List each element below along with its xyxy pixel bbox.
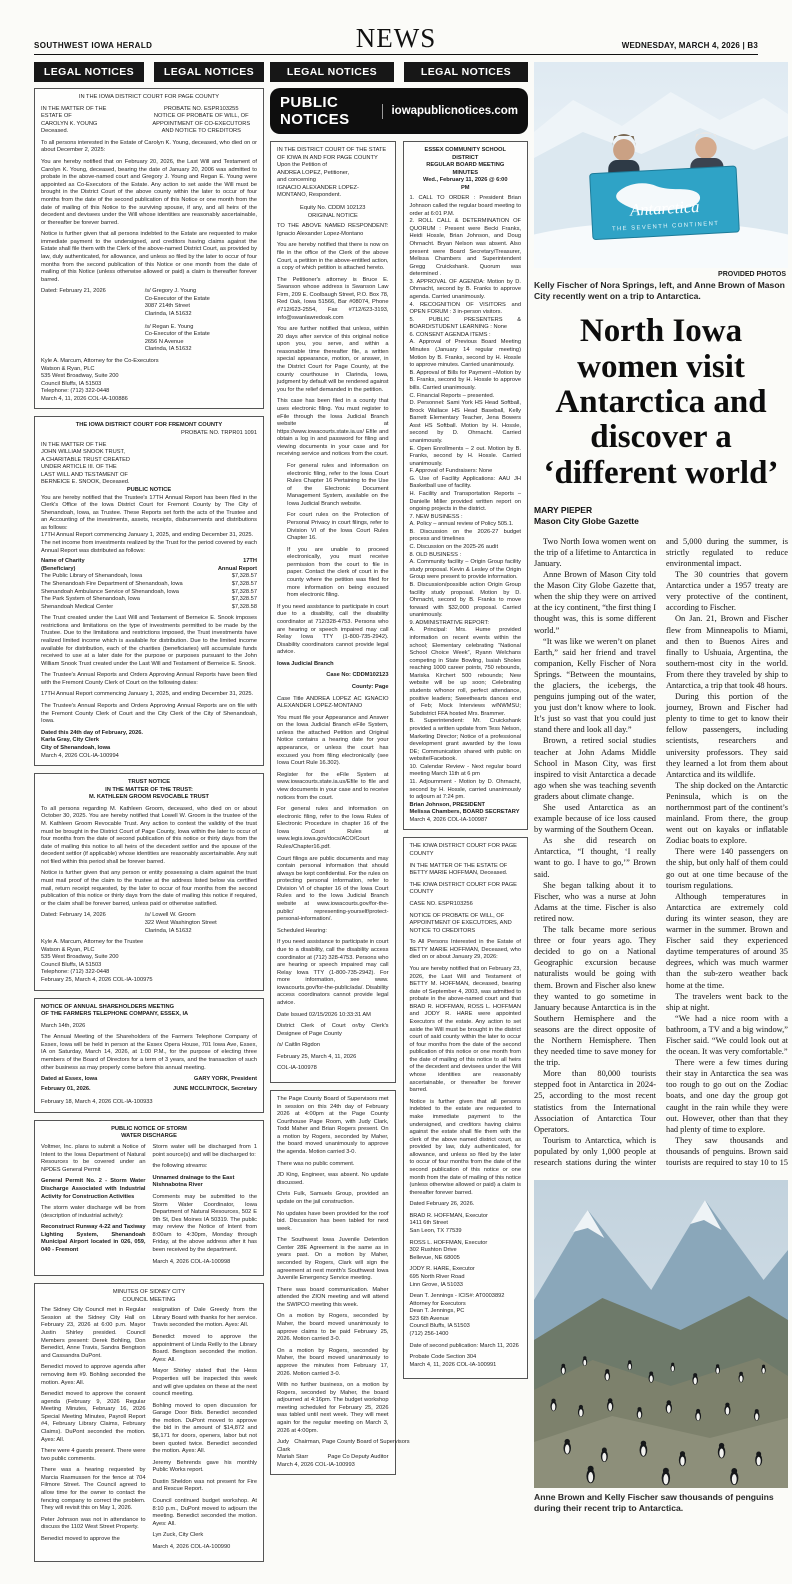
charity-amount: $7,328.58	[232, 604, 257, 612]
article-paragraph: The 30 countries that govern Antarctica …	[666, 569, 788, 613]
notice-body: THE IOWA DISTRICT COURT FOR PAGE COUNTYI…	[410, 843, 522, 1369]
minutes-item: G. Use of Facility Applications: AAU JH …	[410, 476, 522, 491]
notice-body: To all persons interested in the Estate …	[41, 140, 257, 284]
charity-row: The Park System of Shenandoah, Iowa$7,32…	[41, 596, 257, 604]
minutes-paragraph: There was board communication. Maher att…	[277, 1287, 389, 1310]
title-line: IN THE MATTER OF THE TRUST:	[41, 787, 257, 795]
article-paragraph: The travelers went back to the ship at n…	[666, 991, 788, 1013]
notice-body: TO THE ABOVE NAMED RESPONDENT: Ignacio A…	[277, 223, 389, 1073]
minutes-paragraph: March 4, 2026 COL-IA-100990	[153, 1544, 258, 1552]
notice-paragraph: The Annual Meeting of the Shareholders o…	[41, 1034, 257, 1072]
footer-line: Telephone: (712) 322-0448	[41, 969, 257, 977]
probate-line: APPOINTMENT OF CO-EXECUTORS	[145, 121, 257, 129]
notice-paragraph: You are hereby notified that there is no…	[277, 242, 389, 272]
minutes-paragraph: Chris Fulk, Samuels Group, provided an u…	[277, 1191, 389, 1206]
article-paragraph: There were a few times during their stay…	[666, 1057, 788, 1135]
notice-paragraph: Iowa Judicial Branch	[277, 661, 389, 669]
minutes-body: 1. CALL TO ORDER : President Brian Johns…	[410, 195, 522, 824]
photo-penguins	[534, 1180, 788, 1488]
charity-header-amount-1: 17TH	[243, 558, 257, 566]
header-line: IN THE DISTRICT COURT OF THE STATE OF IO…	[277, 147, 389, 162]
signer-block-1: /s/ Gregory J. YoungCo-Executor of the E…	[145, 288, 257, 318]
minutes-item: B. Discussion/possible action Origin Gro…	[410, 582, 522, 620]
notice-paragraph: Dean T. Jennings, PC	[410, 1308, 522, 1316]
matter-line: CAROLYN K. YOUNG	[41, 121, 137, 129]
notice-paragraph: If you are unable to proceed electronica…	[277, 547, 389, 600]
charity-amount: $7,328.57	[232, 573, 257, 581]
penguins-photo-illustration	[534, 1180, 788, 1488]
footer-line: 535 West Broadway, Suite 200	[41, 954, 257, 962]
notice-paragraph: Case No: CDDM102123	[277, 672, 389, 680]
notice-paragraph: Council Bluffs, IA 51503	[410, 1323, 522, 1331]
notice-paragraph: For court rules on the Protection of Per…	[277, 512, 389, 542]
notice-paragraph: Unnamed drainage to the East Nishnabotna…	[153, 1175, 258, 1190]
title-block: MINUTES OF SIDNEY CITYCOUNCIL MEETING	[41, 1289, 257, 1304]
notice-paragraph: Date of second publication: March 11, 20…	[410, 1343, 522, 1351]
article-paragraph: She began talking about it to Fischer, w…	[534, 880, 656, 924]
minutes-paragraph: Dustin Sheldon was not present for Fire …	[153, 1479, 258, 1494]
title-line: MINUTES OF SIDNEY CITY	[41, 1289, 257, 1297]
minutes-item: C. Discussion on the 2025-26 audit	[410, 544, 522, 552]
footer-line: Telephone: (712) 322-0448	[41, 388, 257, 396]
signer-line: /s/ Gregory J. Young	[145, 288, 257, 296]
article-paragraph: There were 140 passengers on the ship, b…	[666, 846, 788, 890]
matter-line: Deceased.	[41, 128, 137, 136]
notice-paragraph: 695 North River Road	[410, 1274, 522, 1282]
minutes-paragraph: There were 4 guests present. There were …	[41, 1448, 146, 1463]
notice-paragraph: Register for the eFile System at www.iow…	[277, 772, 389, 802]
notice-paragraph: Reconstruct Runway 4-22 and Taxiway Ligh…	[41, 1224, 146, 1254]
signer-line: Co-Executor of the Estate	[145, 331, 257, 339]
photo-credit: PROVIDED PHOTOS	[534, 271, 786, 278]
sig-left: Dated at Essex, Iowa	[41, 1076, 97, 1084]
page-columns: LEGAL NOTICES LEGAL NOTICES IN THE IOWA …	[0, 55, 792, 1569]
case-line: ORIGINAL NOTICE	[277, 213, 389, 221]
article-paragraph: As she did research on Antarctica, “I th…	[534, 835, 656, 879]
header-line: IGNACIO ALEXANDER LOPEZ-MONTANO, Respond…	[277, 185, 389, 200]
notice-paragraph: Court filings are public documents and m…	[277, 856, 389, 924]
sidney-col-1: The Sidney City Council met in Regular S…	[41, 1307, 146, 1547]
charity-row: Shenandoah Medical Center$7,328.58	[41, 604, 257, 612]
matter-line: LAST WILL AND TESTAMENT OF	[41, 472, 257, 480]
minutes-item: 5. PUBLIC PRESENTERS & BOARD/STUDENT LEA…	[410, 317, 522, 332]
minutes-paragraph: Jeremy Behrends gave his monthly Public …	[153, 1460, 258, 1475]
legal-column-left: LEGAL NOTICES LEGAL NOTICES IN THE IOWA …	[34, 62, 264, 1569]
date-page-number: WEDNESDAY, MARCH 4, 2026 | B3	[622, 41, 758, 50]
notice-paragraph: If you need assistance to participate in…	[277, 939, 389, 1007]
article-paragraph: Although temperatures in Antarctica are …	[666, 891, 788, 991]
matter-line: A CHARITABLE TRUST CREATED	[41, 457, 257, 465]
notice-paragraph: March 4, 2026 COL-IA-100998	[153, 1259, 258, 1267]
matter-line: IN THE MATTER OF THE	[41, 106, 137, 114]
notice-paragraph: The Trustee's Annual Reports and Orders …	[41, 703, 257, 726]
minutes-paragraph: No updates have been provided for the ro…	[277, 1211, 389, 1234]
signer-line: 322 West Washington Street	[145, 920, 257, 928]
dated-line: City of Shenandoah, Iowa	[41, 745, 257, 753]
minutes-item: D. Personnel: Sami York HS Head Softball…	[410, 400, 522, 445]
article-column: Antarctica THE SEVENTH CONTINENT PROVIDE…	[534, 62, 788, 1520]
notice-footer: February 18, March 4, 2026 COL-IA-100933	[41, 1099, 257, 1107]
notice-paragraph: Date Issued 02/15/2026 10:33:31 AM	[277, 1012, 389, 1020]
sig-left: Judy Clark	[277, 1439, 290, 1454]
byline-name: MARY PIEPER	[534, 505, 788, 516]
probate-block: PROBATE NO. ESPR103255NOTICE OF PROBATE …	[145, 106, 257, 136]
notice-paragraph: (712) 256-1400	[410, 1331, 522, 1339]
legal-notices-banner-3: LEGAL NOTICES	[270, 62, 394, 82]
minutes-paragraph: Benedict moved to approve agenda after r…	[41, 1364, 146, 1387]
notice-paragraph: District Clerk of Court or/by Clerk's De…	[277, 1023, 389, 1038]
article-paragraph: “We had a nice room with a bathroom, a T…	[666, 1013, 788, 1057]
minutes-item: 7. NEW BUSINESS :	[410, 514, 522, 522]
notice-paragraph: TO THE ABOVE NAMED RESPONDENT: Ignacio A…	[277, 223, 389, 238]
footer-line: Council Bluffs, IA 51503	[41, 962, 257, 970]
banner-divider	[382, 104, 383, 119]
dated-line: Dated this 24th day of February, 2026.	[41, 730, 257, 738]
notice-paragraph: Voltmer, Inc. plans to submit a Notice o…	[41, 1144, 146, 1174]
notice-paragraph: You are further notified that unless, wi…	[277, 326, 389, 394]
header-line: ANDREA LOPEZ, Petitioner,	[277, 170, 389, 178]
title-line: OF THE FARMERS TELEPHONE COMPANY, ESSEX,…	[41, 1011, 257, 1019]
charity-header-beneficiary: (Beneficiary)	[41, 566, 75, 574]
notice-lopez-original: IN THE DISTRICT COURT OF THE STATE OF IO…	[270, 141, 396, 1083]
title-line: REGULAR BOARD MEETING	[410, 162, 522, 170]
legal-notices-banner-4: LEGAL NOTICES	[404, 62, 528, 82]
notice-paragraph: 17TH Annual Report commencing January 1,…	[41, 691, 257, 699]
notice-paragraph: For general rules and information on ele…	[277, 806, 389, 851]
article-paragraph: The talk became more serious three or fo…	[534, 924, 656, 1068]
title-line: PM	[410, 185, 522, 193]
notice-paragraph: NOTICE OF PROBATE OF WILL, OF APPOINTMEN…	[410, 913, 522, 936]
notice-paragraph: February 25, March 4, 11, 2026	[277, 1054, 389, 1062]
minutes-paragraph: resignation of Dale Greedy from the Libr…	[153, 1307, 258, 1330]
signer-line: 2656 N Avenue	[145, 339, 257, 347]
notice-paragraph: To all persons regarding M. Kathleen Gro…	[41, 806, 257, 867]
minutes-item: F. Approval of Fundraisers: None	[410, 468, 522, 476]
notice-paragraph: Dated February 26, 2026.	[410, 1201, 522, 1209]
sig-right: GARY YORK, President	[194, 1076, 257, 1084]
legal-notices-banner-1: LEGAL NOTICES	[34, 62, 144, 82]
notice-paragraph: Case Title ANDREA LOPEZ AC IGNACIO ALEXA…	[277, 696, 389, 711]
title-block: PUBLIC NOTICE OF STORMWATER DISCHARGE	[41, 1126, 257, 1141]
title-line: PUBLIC NOTICE OF STORM	[41, 1126, 257, 1134]
minutes-item: 10. Calendar Review - Next regular board…	[410, 764, 522, 779]
notice-paragraph: Probate Code Section 304	[410, 1354, 522, 1362]
article-paragraph: The ship docked on the Antarctic Peninsu…	[666, 780, 788, 847]
notice-paragraph: Linn Grove, IA 51033	[410, 1282, 522, 1290]
charity-name: The Park System of Shenandoah, Iowa	[41, 596, 140, 604]
newspaper-page: SOUTHWEST IOWA HERALD NEWS WEDNESDAY, MA…	[0, 0, 792, 1584]
notice-paragraph: THE IOWA DISTRICT COURT FOR PAGE COUNTY	[410, 843, 522, 858]
charity-header-amount-2: Annual Report	[218, 566, 257, 574]
minutes-item: H. Facility and Transportation Reports –…	[410, 491, 522, 514]
notice-paragraph: Dean T. Jennings - ICIS#: AT0003892	[410, 1293, 522, 1301]
notice-sidney-minutes: MINUTES OF SIDNEY CITYCOUNCIL MEETING Th…	[34, 1283, 264, 1561]
public-notices-url[interactable]: iowapublicnotices.com	[391, 105, 518, 117]
notice-essex-minutes: ESSEX COMMUNITY SCHOOLDISTRICTREGULAR BO…	[403, 141, 529, 830]
footer-line: Kyle A. Marcum, Attorney for the Trustee	[41, 939, 257, 947]
matter-line: UNDER ARTICLE III. OF THE	[41, 464, 257, 472]
title-line: M. KATHLEEN GROOM REVOCABLE TRUST	[41, 794, 257, 802]
notice-page-supervisors: The Page County Board of Supervisors met…	[270, 1090, 396, 1475]
matter-block: IN THE MATTER OF THEESTATE OFCAROLYN K. …	[41, 106, 137, 136]
minutes-paragraph: The Southwest Iowa Juvenile Detention Ce…	[277, 1237, 389, 1282]
signer-line: /s/ Regan E. Young	[145, 324, 257, 332]
title-line: COUNCIL MEETING	[41, 1297, 257, 1305]
charity-table: The Public Library of Shenandoah, Iowa$7…	[41, 573, 257, 611]
notice-footer: March 4, 2026 COL-IA-100994	[41, 753, 257, 761]
notice-paragraph: You are hereby notified that the Trustee…	[41, 495, 257, 533]
minutes-item: A. Community facility – Origin Group fac…	[410, 559, 522, 582]
minutes-item: B. Superintendent: Mr. Cruickshank provi…	[410, 718, 522, 763]
minutes-paragraph: Bohling moved to open discussion for Gar…	[153, 1403, 258, 1456]
minutes-paragraph: On a motion by Rogers, seconded by Maher…	[277, 1348, 389, 1378]
notice-paragraph: Comments may be submitted to the Storm W…	[153, 1194, 258, 1255]
minutes-paragraph: Benedict moved to approve the appointmen…	[153, 1334, 258, 1364]
notice-paragraph: The storm water discharge will be from (…	[41, 1205, 146, 1220]
notice-paragraph: Notice is further given that all persons…	[410, 1099, 522, 1198]
section-title: NEWS	[356, 23, 437, 54]
storm-col-1: Voltmer, Inc. plans to submit a Notice o…	[41, 1144, 146, 1259]
sig-right: JUNE MCCLINTOCK, Secretary	[173, 1086, 257, 1094]
public-notices-subcol-1: IN THE DISTRICT COURT OF THE STATE OF IO…	[270, 141, 396, 1482]
charity-row: Shenandoah Ambulance Service of Shenando…	[41, 589, 257, 597]
notice-paragraph: the following streams:	[153, 1163, 258, 1171]
signer-line: Clarinda, IA 51632	[145, 311, 257, 319]
minutes-item: A. Approval of Previous Board Meeting Mi…	[410, 339, 522, 369]
minutes-item: C. Financial Reports – presented.	[410, 393, 522, 401]
minutes-item: 8. OLD BUSINESS :	[410, 552, 522, 560]
minutes-paragraph: Benedict moved to approve the consent ag…	[41, 1391, 146, 1444]
charity-amount: $7,328.57	[232, 581, 257, 589]
title-line: Wed., February 11, 2026 @ 6:00	[410, 177, 522, 185]
title-line: ESSEX COMMUNITY SCHOOL	[410, 147, 522, 155]
sig-left: February 01, 2026.	[41, 1086, 91, 1094]
minutes-paragraph: The Page County Board of Supervisors met…	[277, 1096, 389, 1157]
title-block: TRUST NOTICEIN THE MATTER OF THE TRUST:M…	[41, 779, 257, 802]
notice-paragraph: Notice is further given that all persons…	[41, 231, 257, 284]
article-headline: North Iowa women visit Antarctica and di…	[536, 314, 786, 490]
notice-paragraph: This case has been filed in a county tha…	[277, 398, 389, 459]
footer-line: February 25, March 4, 2026 COL-IA-100975	[41, 977, 257, 985]
public-notices-subcol-2: ESSEX COMMUNITY SCHOOLDISTRICTREGULAR BO…	[403, 141, 529, 1386]
matter-line: ESTATE OF	[41, 113, 137, 121]
header-line: Upon the Petition of	[277, 162, 389, 170]
notice-paragraph: To All Persons Interested in the Estate …	[410, 939, 522, 962]
probate-line: NOTICE OF PROBATE OF WILL, OF	[145, 113, 257, 121]
signature-rows: Judy ClarkChairman, Page County Board of…	[277, 1439, 389, 1462]
photo2-caption: Anne Brown and Kelly Fischer saw thousan…	[534, 1492, 788, 1514]
minutes-item: 3. APPROVAL OF AGENDA: Motion by D. Ohrn…	[410, 279, 522, 302]
notice-paragraph: ROSS L. HOFFMAN, Executor	[410, 1240, 522, 1248]
title-line: DISTRICT	[410, 155, 522, 163]
notice-paragraph: Attorney for Executors	[410, 1301, 522, 1309]
minutes-item: A. Principal: Mrs. Hume provided informa…	[410, 627, 522, 718]
footer-line: Kyle A. Marcum, Attorney for the Co-Exec…	[41, 358, 257, 366]
notice-paragraph: If you need assistance to participate in…	[277, 604, 389, 657]
article-byline: MARY PIEPER Mason City Globe Gazette	[534, 505, 788, 528]
notice-paragraph: /s/ Caitlin Rigdon	[277, 1042, 389, 1050]
notice-paragraph: San Leon, TX 77539	[410, 1228, 522, 1236]
legal-banner-row-left: LEGAL NOTICES LEGAL NOTICES	[34, 62, 264, 82]
article-body: Two North Iowa women went on the trip of…	[534, 536, 788, 1172]
footer-line: Watson & Ryan, PLC	[41, 947, 257, 955]
notice-paragraph: Notice is further given that any person …	[41, 870, 257, 908]
minutes-item: 11. Adjournment - Motion by D. Ohrnacht,…	[410, 779, 522, 802]
signer-line: Clarinda, IA 51632	[145, 346, 257, 354]
article-paragraph: More than 80,000 tourists stepped foot i…	[534, 1068, 656, 1135]
title-line: TRUST NOTICE	[41, 779, 257, 787]
masthead: SOUTHWEST IOWA HERALD NEWS WEDNESDAY, MA…	[34, 28, 758, 55]
minutes-item: E. Open Enrollments – 2 out. Motion by B…	[410, 446, 522, 469]
notice-paragraph: For general rules and information on ele…	[277, 463, 389, 508]
notice-paragraph: General Permit No. 2 - Storm Water Disch…	[41, 1178, 146, 1201]
notice-body: To all persons regarding M. Kathleen Gro…	[41, 806, 257, 909]
charity-amount: $7,328.57	[232, 589, 257, 597]
title-line: NOTICE OF ANNUAL SHAREHOLDERS MEETING	[41, 1004, 257, 1012]
dated-block: Dated this 24th day of February, 2026.Ka…	[41, 730, 257, 753]
charity-name: Shenandoah Ambulance Service of Shenando…	[41, 589, 179, 597]
probate-line: PROBATE NO. ESPR103255	[145, 106, 257, 114]
legal-banner-row-right: LEGAL NOTICES LEGAL NOTICES	[270, 62, 528, 82]
charity-name: Shenandoah Medical Center	[41, 604, 113, 612]
notice-paragraph: You are hereby notified that on February…	[41, 159, 257, 227]
public-notices-title: PUBLIC NOTICES	[280, 94, 374, 128]
title-block: ESSEX COMMUNITY SCHOOLDISTRICTREGULAR BO…	[410, 147, 522, 192]
probate-number: PROBATE NO. TRPR01 1091	[41, 430, 257, 438]
notice-paragraph: You are hereby notified that on February…	[410, 966, 522, 1095]
notice-groom-trust: TRUST NOTICEIN THE MATTER OF THE TRUST:M…	[34, 773, 264, 990]
meeting-date: March 14th, 2026	[41, 1023, 257, 1031]
notice-footer: March 4, 2026 COL-IA-100993	[277, 1462, 389, 1470]
public-notice-label: PUBLIC NOTICE	[41, 487, 257, 495]
notice-footer: Kyle A. Marcum, Attorney for the Trustee…	[41, 939, 257, 984]
notice-body-2: The Trust created under the Last Will an…	[41, 615, 257, 726]
notice-paragraph: 523 6th Avenue	[410, 1316, 522, 1324]
minutes-item: 6. CONSENT AGENDA ITEMS :	[410, 332, 522, 340]
publication-name: SOUTHWEST IOWA HERALD	[34, 41, 152, 50]
notice-paragraph: CASE NO. ESPR103256	[410, 901, 522, 909]
public-notices-banner: PUBLIC NOTICES iowapublicnotices.com	[270, 88, 528, 134]
notice-paragraph: Storm water will be discharged from 1 po…	[153, 1144, 258, 1159]
dated-line: Karla Gray, City Clerk	[41, 737, 257, 745]
notice-paragraph: County: Page	[277, 684, 389, 692]
charity-row: The Shenandoah Fire Department of Shenan…	[41, 581, 257, 589]
signature-row: Mariah StarrPage Co Deputy Auditor	[277, 1454, 389, 1462]
minutes-paragraph: There was no public comment.	[277, 1161, 389, 1169]
byline-org: Mason City Globe Gazette	[534, 516, 788, 527]
notice-paragraph: March 4, 11, 2026 COL-IA-100991	[410, 1362, 522, 1370]
notice-paragraph: The Petitioner's attorney is Bruce E. Sw…	[277, 277, 389, 322]
minutes-body: The Page County Board of Supervisors met…	[277, 1096, 389, 1435]
notice-paragraph: JODY R. HARE, Executor	[410, 1266, 522, 1274]
minutes-paragraph: Benedict moved to approve the	[41, 1536, 146, 1544]
notice-paragraph: To all persons interested in the Estate …	[41, 140, 257, 155]
minutes-paragraph: The Sidney City Council met in Regular S…	[41, 1307, 146, 1360]
footer-line: 535 West Broadway, Suite 200	[41, 373, 257, 381]
minutes-item: 2. ROLL CALL & DETERMINATION OF QUORUM :…	[410, 218, 522, 279]
dated-line: Dated: February 21, 2026	[41, 288, 106, 354]
notice-paragraph: Bellevue, NE 68005	[410, 1255, 522, 1263]
title-line: WATER DISCHARGE	[41, 1133, 257, 1141]
charity-row: The Public Library of Shenandoah, Iowa$7…	[41, 573, 257, 581]
notice-farmers-telephone: NOTICE OF ANNUAL SHAREHOLDERS MEETINGOF …	[34, 998, 264, 1113]
signer-block-2: /s/ Regan E. YoungCo-Executor of the Est…	[145, 324, 257, 354]
matter-line: IN THE MATTER OF THE	[41, 442, 257, 450]
notice-paragraph: The Trustee's Annual Reports and Orders …	[41, 672, 257, 687]
matter-line: BERNEICE E. SNOOK, Deceased.	[41, 479, 257, 487]
minutes-item: March 4, 2026 COL-IA-100987	[410, 817, 522, 825]
signer-line: 3087 214th Street	[145, 303, 257, 311]
notice-paragraph: IN THE MATTER OF THE ESTATE OF BETTY MAR…	[410, 863, 522, 878]
charity-header-name: Name of Charity	[41, 558, 85, 566]
header-line: and concerning	[277, 177, 389, 185]
charity-name: The Public Library of Shenandoah, Iowa	[41, 573, 142, 581]
article-paragraph: “It was like we weren’t on planet Earth,…	[534, 636, 656, 736]
matter-block: IN THE MATTER OF THEJOHN WILLIAM SNOOK T…	[41, 442, 257, 487]
antarctica-photo-illustration: Antarctica THE SEVENTH CONTINENT	[534, 62, 788, 268]
notice-paragraph: 302 Rushton Drive	[410, 1247, 522, 1255]
case-block: Equity No. CDDM 102123ORIGINAL NOTICE	[277, 205, 389, 220]
minutes-paragraph: JD King, Engineer, was absent. No update…	[277, 1172, 389, 1187]
signer-block: /s/ Lowell W. Groom322 West Washington S…	[145, 912, 257, 935]
minutes-item: A. Policy – annual review of Policy 505.…	[410, 521, 522, 529]
court-line: THE IOWA DISTRICT COURT FOR FREMONT COUN…	[41, 422, 257, 430]
sig-left: Mariah Starr	[277, 1454, 308, 1462]
storm-col-2: Storm water will be discharged from 1 po…	[153, 1144, 258, 1270]
sig-right: Chairman, Page County Board of Superviso…	[294, 1439, 409, 1454]
footer-line: March 4, 11, 2026 COL-IA-100886	[41, 396, 257, 404]
notice-body-1: You are hereby notified that the Trustee…	[41, 495, 257, 556]
notice-paragraph: COL-IA-100978	[277, 1065, 389, 1073]
matter-line: JOHN WILLIAM SNOOK TRUST,	[41, 449, 257, 457]
title-block: NOTICE OF ANNUAL SHAREHOLDERS MEETINGOF …	[41, 1004, 257, 1019]
notice-hoffman-estate: THE IOWA DISTRICT COURT FOR PAGE COUNTYI…	[403, 837, 529, 1379]
probate-line: AND NOTICE TO CREDITORS	[145, 128, 257, 136]
notice-paragraph: The Trust created under the Last Will an…	[41, 615, 257, 668]
notice-paragraph: You must file your Appearance and Answer…	[277, 715, 389, 768]
minutes-paragraph: Council continued budget workshop. At 8:…	[153, 1498, 258, 1528]
notice-paragraph: 1411 6th Street	[410, 1220, 522, 1228]
court-line: IN THE IOWA DISTRICT COURT FOR PAGE COUN…	[41, 94, 257, 102]
minutes-paragraph: With no further business, on a motion by…	[277, 1382, 389, 1435]
sidney-col-2: resignation of Dale Greedy from the Libr…	[153, 1307, 258, 1555]
notice-snook-trust: THE IOWA DISTRICT COURT FOR FREMONT COUN…	[34, 416, 264, 766]
header-block: IN THE DISTRICT COURT OF THE STATE OF IO…	[277, 147, 389, 200]
photo1-caption: Kelly Fischer of Nora Springs, left, and…	[534, 280, 788, 302]
case-line: Equity No. CDDM 102123	[277, 205, 389, 213]
flag-title-text: Antarctica	[629, 197, 700, 220]
signature-row: Dated at Essex, IowaGARY YORK, President	[41, 1076, 257, 1084]
charity-name: The Shenandoah Fire Department of Shenan…	[41, 581, 183, 589]
minutes-item: B. Approval of Bills for Payment –Motion…	[410, 370, 522, 393]
signer-line: /s/ Lowell W. Groom	[145, 912, 257, 920]
minutes-paragraph: Lyn Zuck, City Clerk	[153, 1532, 258, 1540]
notice-paragraph: THE IOWA DISTRICT COURT FOR PAGE COUNTY	[410, 882, 522, 897]
dated-line: Dated: February 14, 2026	[41, 912, 106, 935]
minutes-item: B. Discussion on the 2026-27 budget proc…	[410, 529, 522, 544]
article-paragraph: On Jan. 21, Brown and Fischer flew from …	[666, 613, 788, 691]
article-paragraph: Anne Brown of Mason City told the Mason …	[534, 569, 656, 636]
notice-paragraph: Scheduled Hearing:	[277, 928, 389, 936]
signature-row: Judy ClarkChairman, Page County Board of…	[277, 1439, 389, 1454]
notice-young-estate: IN THE IOWA DISTRICT COURT FOR PAGE COUN…	[34, 88, 264, 409]
footer-line: Council Bluffs, IA 51503	[41, 381, 257, 389]
minutes-item: 1. CALL TO ORDER : President Brian Johns…	[410, 195, 522, 218]
notice-storm-water: PUBLIC NOTICE OF STORMWATER DISCHARGE Vo…	[34, 1120, 264, 1276]
article-paragraph: Brown, a retired social studies teacher …	[534, 735, 656, 802]
notice-footer: Kyle A. Marcum, Attorney for the Co-Exec…	[41, 358, 257, 403]
signature-rows: Dated at Essex, IowaGARY YORK, President…	[41, 1076, 257, 1093]
